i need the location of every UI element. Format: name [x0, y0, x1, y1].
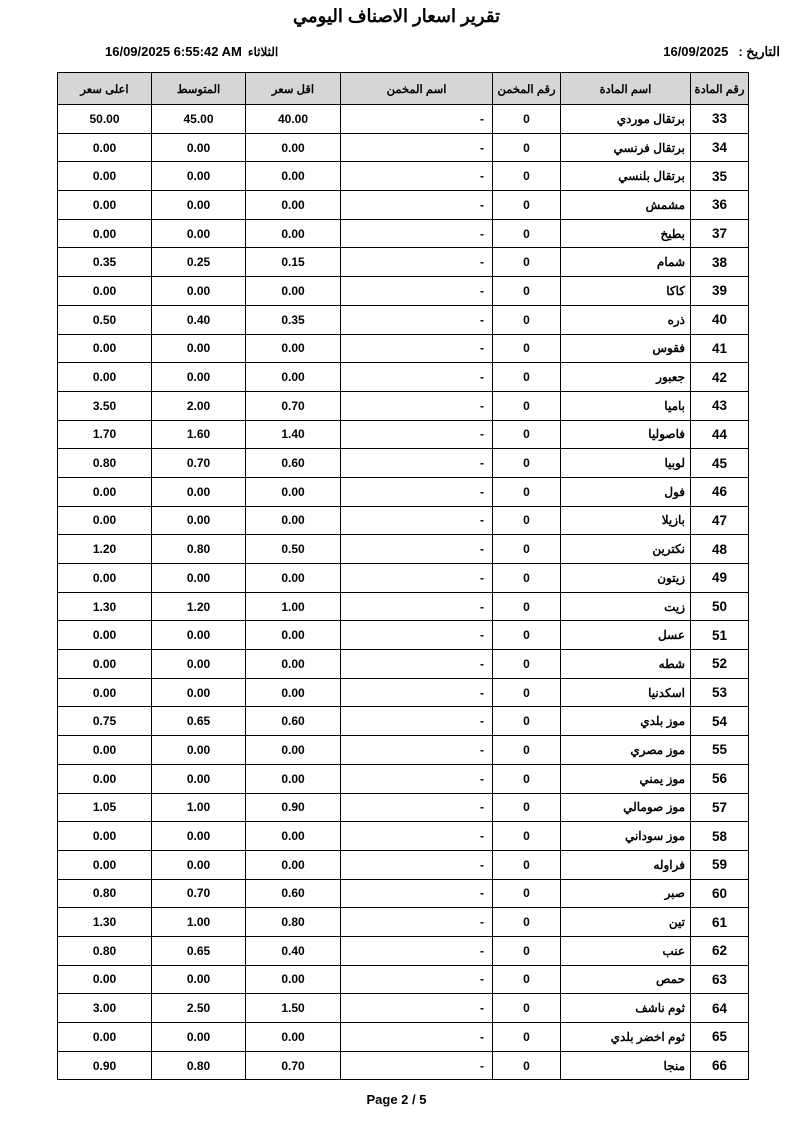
- item-number-cell: 64: [691, 994, 749, 1023]
- estimator-name-cell: -: [341, 879, 493, 908]
- average-price-cell: 0.00: [152, 219, 246, 248]
- high-price-cell: 0.00: [58, 334, 152, 363]
- table-row: 0.00 0.00 0.00 - 0 مشمش 36: [58, 191, 749, 220]
- estimator-number-cell: 0: [493, 477, 561, 506]
- table-row: 1.70 1.60 1.40 - 0 فاصوليا 44: [58, 420, 749, 449]
- weekday-label: الثلاثاء: [248, 45, 278, 59]
- item-number-cell: 60: [691, 879, 749, 908]
- item-name-cell: زيتون: [561, 564, 691, 593]
- average-price-cell: 0.00: [152, 506, 246, 535]
- estimator-name-cell: -: [341, 477, 493, 506]
- item-name-cell: صبر: [561, 879, 691, 908]
- table-row: 1.30 1.00 0.80 - 0 تين 61: [58, 908, 749, 937]
- average-price-cell: 0.00: [152, 477, 246, 506]
- table-row: 0.00 0.00 0.00 - 0 اسكدنيا 53: [58, 678, 749, 707]
- estimator-number-cell: 0: [493, 420, 561, 449]
- average-price-cell: 1.00: [152, 793, 246, 822]
- estimator-name-cell: -: [341, 621, 493, 650]
- estimator-name-cell: -: [341, 162, 493, 191]
- estimator-name-cell: -: [341, 736, 493, 765]
- estimator-number-cell: 0: [493, 449, 561, 478]
- low-price-cell: 0.35: [246, 305, 341, 334]
- high-price-cell: 0.00: [58, 965, 152, 994]
- item-number-cell: 65: [691, 1023, 749, 1052]
- item-name-cell: موز سوداني: [561, 822, 691, 851]
- table-row: 0.00 0.00 0.00 - 0 فقوس 41: [58, 334, 749, 363]
- item-name-cell: تين: [561, 908, 691, 937]
- average-price-cell: 0.00: [152, 850, 246, 879]
- print-datetime: 16/09/2025 6:55:42 AMالثلاثاء: [105, 44, 278, 59]
- estimator-number-cell: 0: [493, 248, 561, 277]
- high-price-cell: 0.00: [58, 650, 152, 679]
- item-number-cell: 33: [691, 105, 749, 134]
- estimator-number-cell: 0: [493, 1023, 561, 1052]
- table-row: 0.00 0.00 0.00 - 0 موز مصري 55: [58, 736, 749, 765]
- item-name-cell: برتقال بلنسي: [561, 162, 691, 191]
- table-row: 1.30 1.20 1.00 - 0 زيت 50: [58, 592, 749, 621]
- high-price-cell: 1.20: [58, 535, 152, 564]
- low-price-cell: 0.00: [246, 850, 341, 879]
- table-row: 1.05 1.00 0.90 - 0 موز صومالي 57: [58, 793, 749, 822]
- high-price-cell: 0.35: [58, 248, 152, 277]
- estimator-number-cell: 0: [493, 650, 561, 679]
- item-number-cell: 36: [691, 191, 749, 220]
- item-name-cell: كاكا: [561, 277, 691, 306]
- item-number-cell: 55: [691, 736, 749, 765]
- table-row: 0.00 0.00 0.00 - 0 حمص 63: [58, 965, 749, 994]
- item-name-cell: فول: [561, 477, 691, 506]
- low-price-cell: 0.80: [246, 908, 341, 937]
- estimator-name-cell: -: [341, 1023, 493, 1052]
- average-price-cell: 0.70: [152, 449, 246, 478]
- item-name-cell: منجا: [561, 1051, 691, 1080]
- low-price-cell: 1.40: [246, 420, 341, 449]
- low-price-cell: 40.00: [246, 105, 341, 134]
- item-name-cell: مشمش: [561, 191, 691, 220]
- item-name-cell: شمام: [561, 248, 691, 277]
- estimator-name-cell: -: [341, 506, 493, 535]
- low-price-cell: 0.00: [246, 564, 341, 593]
- table-row: 0.00 0.00 0.00 - 0 زيتون 49: [58, 564, 749, 593]
- high-price-cell: 50.00: [58, 105, 152, 134]
- item-name-cell: باميا: [561, 391, 691, 420]
- item-number-cell: 49: [691, 564, 749, 593]
- estimator-name-cell: -: [341, 305, 493, 334]
- low-price-cell: 0.00: [246, 219, 341, 248]
- high-price-cell: 3.50: [58, 391, 152, 420]
- estimator-name-cell: -: [341, 850, 493, 879]
- estimator-name-cell: -: [341, 105, 493, 134]
- item-number-cell: 50: [691, 592, 749, 621]
- estimator-name-cell: -: [341, 1051, 493, 1080]
- average-price-cell: 0.00: [152, 764, 246, 793]
- average-price-cell: 0.00: [152, 1023, 246, 1052]
- low-price-cell: 0.00: [246, 162, 341, 191]
- item-name-cell: موز بلدي: [561, 707, 691, 736]
- item-number-cell: 44: [691, 420, 749, 449]
- estimator-number-cell: 0: [493, 879, 561, 908]
- average-price-cell: 0.00: [152, 162, 246, 191]
- low-price-cell: 0.60: [246, 707, 341, 736]
- estimator-number-cell: 0: [493, 764, 561, 793]
- estimator-number-cell: 0: [493, 363, 561, 392]
- low-price-cell: 0.00: [246, 764, 341, 793]
- low-price-cell: 0.60: [246, 879, 341, 908]
- item-number-cell: 63: [691, 965, 749, 994]
- item-name-cell: ذره: [561, 305, 691, 334]
- table-row: 50.00 45.00 40.00 - 0 برتقال موردي 33: [58, 105, 749, 134]
- high-price-cell: 0.00: [58, 850, 152, 879]
- estimator-number-cell: 0: [493, 592, 561, 621]
- average-price-cell: 0.00: [152, 191, 246, 220]
- item-number-cell: 46: [691, 477, 749, 506]
- low-price-cell: 0.70: [246, 1051, 341, 1080]
- col-header-high-price: اعلى سعر: [58, 73, 152, 105]
- average-price-cell: 2.50: [152, 994, 246, 1023]
- item-name-cell: فاصوليا: [561, 420, 691, 449]
- high-price-cell: 0.80: [58, 936, 152, 965]
- high-price-cell: 0.75: [58, 707, 152, 736]
- item-name-cell: موز مصري: [561, 736, 691, 765]
- item-number-cell: 57: [691, 793, 749, 822]
- date-value: 16/09/2025: [663, 44, 728, 59]
- estimator-number-cell: 0: [493, 219, 561, 248]
- table-row: 3.50 2.00 0.70 - 0 باميا 43: [58, 391, 749, 420]
- estimator-name-cell: -: [341, 564, 493, 593]
- low-price-cell: 0.00: [246, 736, 341, 765]
- item-number-cell: 51: [691, 621, 749, 650]
- item-name-cell: موز يمني: [561, 764, 691, 793]
- average-price-cell: 0.00: [152, 965, 246, 994]
- table-row: 0.80 0.65 0.40 - 0 عنب 62: [58, 936, 749, 965]
- estimator-number-cell: 0: [493, 736, 561, 765]
- price-table-container: اعلى سعر المتوسط اقل سعر اسم المخمن رقم …: [57, 72, 749, 1080]
- table-row: 0.00 0.00 0.00 - 0 برتقال بلنسي 35: [58, 162, 749, 191]
- item-number-cell: 35: [691, 162, 749, 191]
- low-price-cell: 0.00: [246, 1023, 341, 1052]
- item-number-cell: 42: [691, 363, 749, 392]
- average-price-cell: 0.00: [152, 334, 246, 363]
- low-price-cell: 0.00: [246, 506, 341, 535]
- date-label: التاريخ :: [738, 44, 780, 59]
- average-price-cell: 0.00: [152, 277, 246, 306]
- average-price-cell: 1.00: [152, 908, 246, 937]
- item-name-cell: عنب: [561, 936, 691, 965]
- item-name-cell: بطيخ: [561, 219, 691, 248]
- low-price-cell: 0.00: [246, 822, 341, 851]
- item-name-cell: عسل: [561, 621, 691, 650]
- table-row: 0.50 0.40 0.35 - 0 ذره 40: [58, 305, 749, 334]
- average-price-cell: 0.70: [152, 879, 246, 908]
- item-number-cell: 58: [691, 822, 749, 851]
- high-price-cell: 1.05: [58, 793, 152, 822]
- average-price-cell: 0.65: [152, 707, 246, 736]
- table-row: 0.35 0.25 0.15 - 0 شمام 38: [58, 248, 749, 277]
- high-price-cell: 0.50: [58, 305, 152, 334]
- estimator-number-cell: 0: [493, 334, 561, 363]
- item-number-cell: 61: [691, 908, 749, 937]
- estimator-number-cell: 0: [493, 850, 561, 879]
- table-row: 0.00 0.00 0.00 - 0 بازيلا 47: [58, 506, 749, 535]
- high-price-cell: 0.90: [58, 1051, 152, 1080]
- item-name-cell: بازيلا: [561, 506, 691, 535]
- table-row: 0.75 0.65 0.60 - 0 موز بلدي 54: [58, 707, 749, 736]
- item-number-cell: 56: [691, 764, 749, 793]
- estimator-name-cell: -: [341, 764, 493, 793]
- high-price-cell: 0.00: [58, 764, 152, 793]
- high-price-cell: 0.00: [58, 219, 152, 248]
- item-number-cell: 37: [691, 219, 749, 248]
- estimator-name-cell: -: [341, 449, 493, 478]
- item-number-cell: 40: [691, 305, 749, 334]
- estimator-number-cell: 0: [493, 105, 561, 134]
- col-header-item-number: رقم المادة: [691, 73, 749, 105]
- item-name-cell: زيت: [561, 592, 691, 621]
- item-name-cell: ثوم اخضر بلدي: [561, 1023, 691, 1052]
- item-name-cell: جعبور: [561, 363, 691, 392]
- estimator-number-cell: 0: [493, 564, 561, 593]
- estimator-number-cell: 0: [493, 162, 561, 191]
- estimator-number-cell: 0: [493, 965, 561, 994]
- item-number-cell: 52: [691, 650, 749, 679]
- item-number-cell: 48: [691, 535, 749, 564]
- high-price-cell: 0.00: [58, 191, 152, 220]
- item-name-cell: موز صومالي: [561, 793, 691, 822]
- table-header: اعلى سعر المتوسط اقل سعر اسم المخمن رقم …: [58, 73, 749, 105]
- item-name-cell: نكترين: [561, 535, 691, 564]
- item-name-cell: حمص: [561, 965, 691, 994]
- estimator-number-cell: 0: [493, 305, 561, 334]
- low-price-cell: 0.90: [246, 793, 341, 822]
- average-price-cell: 0.25: [152, 248, 246, 277]
- table-row: 0.00 0.00 0.00 - 0 بطيخ 37: [58, 219, 749, 248]
- item-number-cell: 62: [691, 936, 749, 965]
- datetime-text: 16/09/2025 6:55:42 AM: [105, 44, 242, 59]
- estimator-number-cell: 0: [493, 936, 561, 965]
- average-price-cell: 0.00: [152, 650, 246, 679]
- item-name-cell: فراوله: [561, 850, 691, 879]
- page-number: Page 2 / 5: [0, 1092, 793, 1107]
- col-header-item-name: اسم المادة: [561, 73, 691, 105]
- high-price-cell: 0.00: [58, 678, 152, 707]
- estimator-number-cell: 0: [493, 621, 561, 650]
- average-price-cell: 1.20: [152, 592, 246, 621]
- item-number-cell: 39: [691, 277, 749, 306]
- estimator-name-cell: -: [341, 592, 493, 621]
- high-price-cell: 3.00: [58, 994, 152, 1023]
- item-name-cell: برتقال فرنسي: [561, 133, 691, 162]
- low-price-cell: 0.00: [246, 650, 341, 679]
- header-row: اعلى سعر المتوسط اقل سعر اسم المخمن رقم …: [58, 73, 749, 105]
- estimator-name-cell: -: [341, 391, 493, 420]
- estimator-name-cell: -: [341, 793, 493, 822]
- item-number-cell: 66: [691, 1051, 749, 1080]
- estimator-name-cell: -: [341, 420, 493, 449]
- average-price-cell: 1.60: [152, 420, 246, 449]
- item-number-cell: 34: [691, 133, 749, 162]
- page-title: تقرير اسعار الاصناف اليومي: [0, 6, 793, 27]
- average-price-cell: 0.00: [152, 621, 246, 650]
- table-row: 0.00 0.00 0.00 - 0 فول 46: [58, 477, 749, 506]
- average-price-cell: 45.00: [152, 105, 246, 134]
- low-price-cell: 1.50: [246, 994, 341, 1023]
- item-name-cell: لوبيا: [561, 449, 691, 478]
- high-price-cell: 0.00: [58, 162, 152, 191]
- estimator-name-cell: -: [341, 219, 493, 248]
- estimator-number-cell: 0: [493, 822, 561, 851]
- table-row: 0.80 0.70 0.60 - 0 صبر 60: [58, 879, 749, 908]
- low-price-cell: 0.00: [246, 621, 341, 650]
- estimator-name-cell: -: [341, 965, 493, 994]
- average-price-cell: 2.00: [152, 391, 246, 420]
- item-number-cell: 43: [691, 391, 749, 420]
- high-price-cell: 0.00: [58, 1023, 152, 1052]
- low-price-cell: 0.00: [246, 965, 341, 994]
- high-price-cell: 0.00: [58, 277, 152, 306]
- estimator-number-cell: 0: [493, 1051, 561, 1080]
- low-price-cell: 0.00: [246, 334, 341, 363]
- high-price-cell: 0.00: [58, 506, 152, 535]
- high-price-cell: 0.00: [58, 133, 152, 162]
- average-price-cell: 0.00: [152, 133, 246, 162]
- table-row: 0.00 0.00 0.00 - 0 موز يمني 56: [58, 764, 749, 793]
- table-row: 0.00 0.00 0.00 - 0 برتقال فرنسي 34: [58, 133, 749, 162]
- low-price-cell: 0.00: [246, 277, 341, 306]
- estimator-name-cell: -: [341, 535, 493, 564]
- average-price-cell: 0.40: [152, 305, 246, 334]
- table-row: 0.00 0.00 0.00 - 0 ثوم اخضر بلدي 65: [58, 1023, 749, 1052]
- high-price-cell: 0.00: [58, 822, 152, 851]
- estimator-number-cell: 0: [493, 535, 561, 564]
- table-row: 0.80 0.70 0.60 - 0 لوبيا 45: [58, 449, 749, 478]
- estimator-name-cell: -: [341, 363, 493, 392]
- average-price-cell: 0.00: [152, 822, 246, 851]
- average-price-cell: 0.00: [152, 678, 246, 707]
- high-price-cell: 0.00: [58, 621, 152, 650]
- estimator-number-cell: 0: [493, 133, 561, 162]
- estimator-number-cell: 0: [493, 506, 561, 535]
- high-price-cell: 0.00: [58, 363, 152, 392]
- item-name-cell: اسكدنيا: [561, 678, 691, 707]
- report-date: التاريخ :16/09/2025: [663, 44, 780, 60]
- table-row: 0.00 0.00 0.00 - 0 جعبور 42: [58, 363, 749, 392]
- low-price-cell: 0.15: [246, 248, 341, 277]
- high-price-cell: 1.30: [58, 908, 152, 937]
- table-row: 0.00 0.00 0.00 - 0 شطه 52: [58, 650, 749, 679]
- estimator-name-cell: -: [341, 334, 493, 363]
- item-number-cell: 59: [691, 850, 749, 879]
- low-price-cell: 0.00: [246, 678, 341, 707]
- item-name-cell: فقوس: [561, 334, 691, 363]
- average-price-cell: 0.00: [152, 736, 246, 765]
- item-number-cell: 38: [691, 248, 749, 277]
- low-price-cell: 0.50: [246, 535, 341, 564]
- estimator-name-cell: -: [341, 822, 493, 851]
- table-row: 1.20 0.80 0.50 - 0 نكترين 48: [58, 535, 749, 564]
- estimator-name-cell: -: [341, 707, 493, 736]
- price-table: اعلى سعر المتوسط اقل سعر اسم المخمن رقم …: [57, 72, 749, 1080]
- high-price-cell: 0.80: [58, 879, 152, 908]
- table-row: 0.00 0.00 0.00 - 0 فراوله 59: [58, 850, 749, 879]
- average-price-cell: 0.65: [152, 936, 246, 965]
- estimator-name-cell: -: [341, 277, 493, 306]
- table-row: 0.00 0.00 0.00 - 0 موز سوداني 58: [58, 822, 749, 851]
- item-number-cell: 45: [691, 449, 749, 478]
- low-price-cell: 0.00: [246, 133, 341, 162]
- estimator-number-cell: 0: [493, 994, 561, 1023]
- col-header-estimator-name: اسم المخمن: [341, 73, 493, 105]
- table-row: 0.00 0.00 0.00 - 0 عسل 51: [58, 621, 749, 650]
- estimator-name-cell: -: [341, 678, 493, 707]
- table-row: 0.00 0.00 0.00 - 0 كاكا 39: [58, 277, 749, 306]
- low-price-cell: 0.60: [246, 449, 341, 478]
- low-price-cell: 0.70: [246, 391, 341, 420]
- estimator-name-cell: -: [341, 133, 493, 162]
- high-price-cell: 0.00: [58, 736, 152, 765]
- average-price-cell: 0.80: [152, 535, 246, 564]
- low-price-cell: 1.00: [246, 592, 341, 621]
- item-number-cell: 53: [691, 678, 749, 707]
- average-price-cell: 0.80: [152, 1051, 246, 1080]
- estimator-number-cell: 0: [493, 191, 561, 220]
- average-price-cell: 0.00: [152, 564, 246, 593]
- estimator-name-cell: -: [341, 994, 493, 1023]
- item-name-cell: شطه: [561, 650, 691, 679]
- table-body: 50.00 45.00 40.00 - 0 برتقال موردي 33 0.…: [58, 105, 749, 1080]
- item-number-cell: 41: [691, 334, 749, 363]
- low-price-cell: 0.00: [246, 363, 341, 392]
- item-name-cell: ثوم ناشف: [561, 994, 691, 1023]
- estimator-name-cell: -: [341, 908, 493, 937]
- item-name-cell: برتقال موردي: [561, 105, 691, 134]
- estimator-number-cell: 0: [493, 707, 561, 736]
- item-number-cell: 54: [691, 707, 749, 736]
- estimator-number-cell: 0: [493, 793, 561, 822]
- average-price-cell: 0.00: [152, 363, 246, 392]
- estimator-number-cell: 0: [493, 908, 561, 937]
- low-price-cell: 0.40: [246, 936, 341, 965]
- col-header-estimator-number: رقم المخمن: [493, 73, 561, 105]
- estimator-number-cell: 0: [493, 391, 561, 420]
- estimator-name-cell: -: [341, 650, 493, 679]
- item-number-cell: 47: [691, 506, 749, 535]
- estimator-number-cell: 0: [493, 678, 561, 707]
- estimator-name-cell: -: [341, 936, 493, 965]
- high-price-cell: 1.70: [58, 420, 152, 449]
- low-price-cell: 0.00: [246, 191, 341, 220]
- estimator-name-cell: -: [341, 191, 493, 220]
- high-price-cell: 1.30: [58, 592, 152, 621]
- col-header-low-price: اقل سعر: [246, 73, 341, 105]
- low-price-cell: 0.00: [246, 477, 341, 506]
- high-price-cell: 0.00: [58, 564, 152, 593]
- col-header-average: المتوسط: [152, 73, 246, 105]
- estimator-number-cell: 0: [493, 277, 561, 306]
- high-price-cell: 0.00: [58, 477, 152, 506]
- table-row: 3.00 2.50 1.50 - 0 ثوم ناشف 64: [58, 994, 749, 1023]
- table-row: 0.90 0.80 0.70 - 0 منجا 66: [58, 1051, 749, 1080]
- estimator-name-cell: -: [341, 248, 493, 277]
- high-price-cell: 0.80: [58, 449, 152, 478]
